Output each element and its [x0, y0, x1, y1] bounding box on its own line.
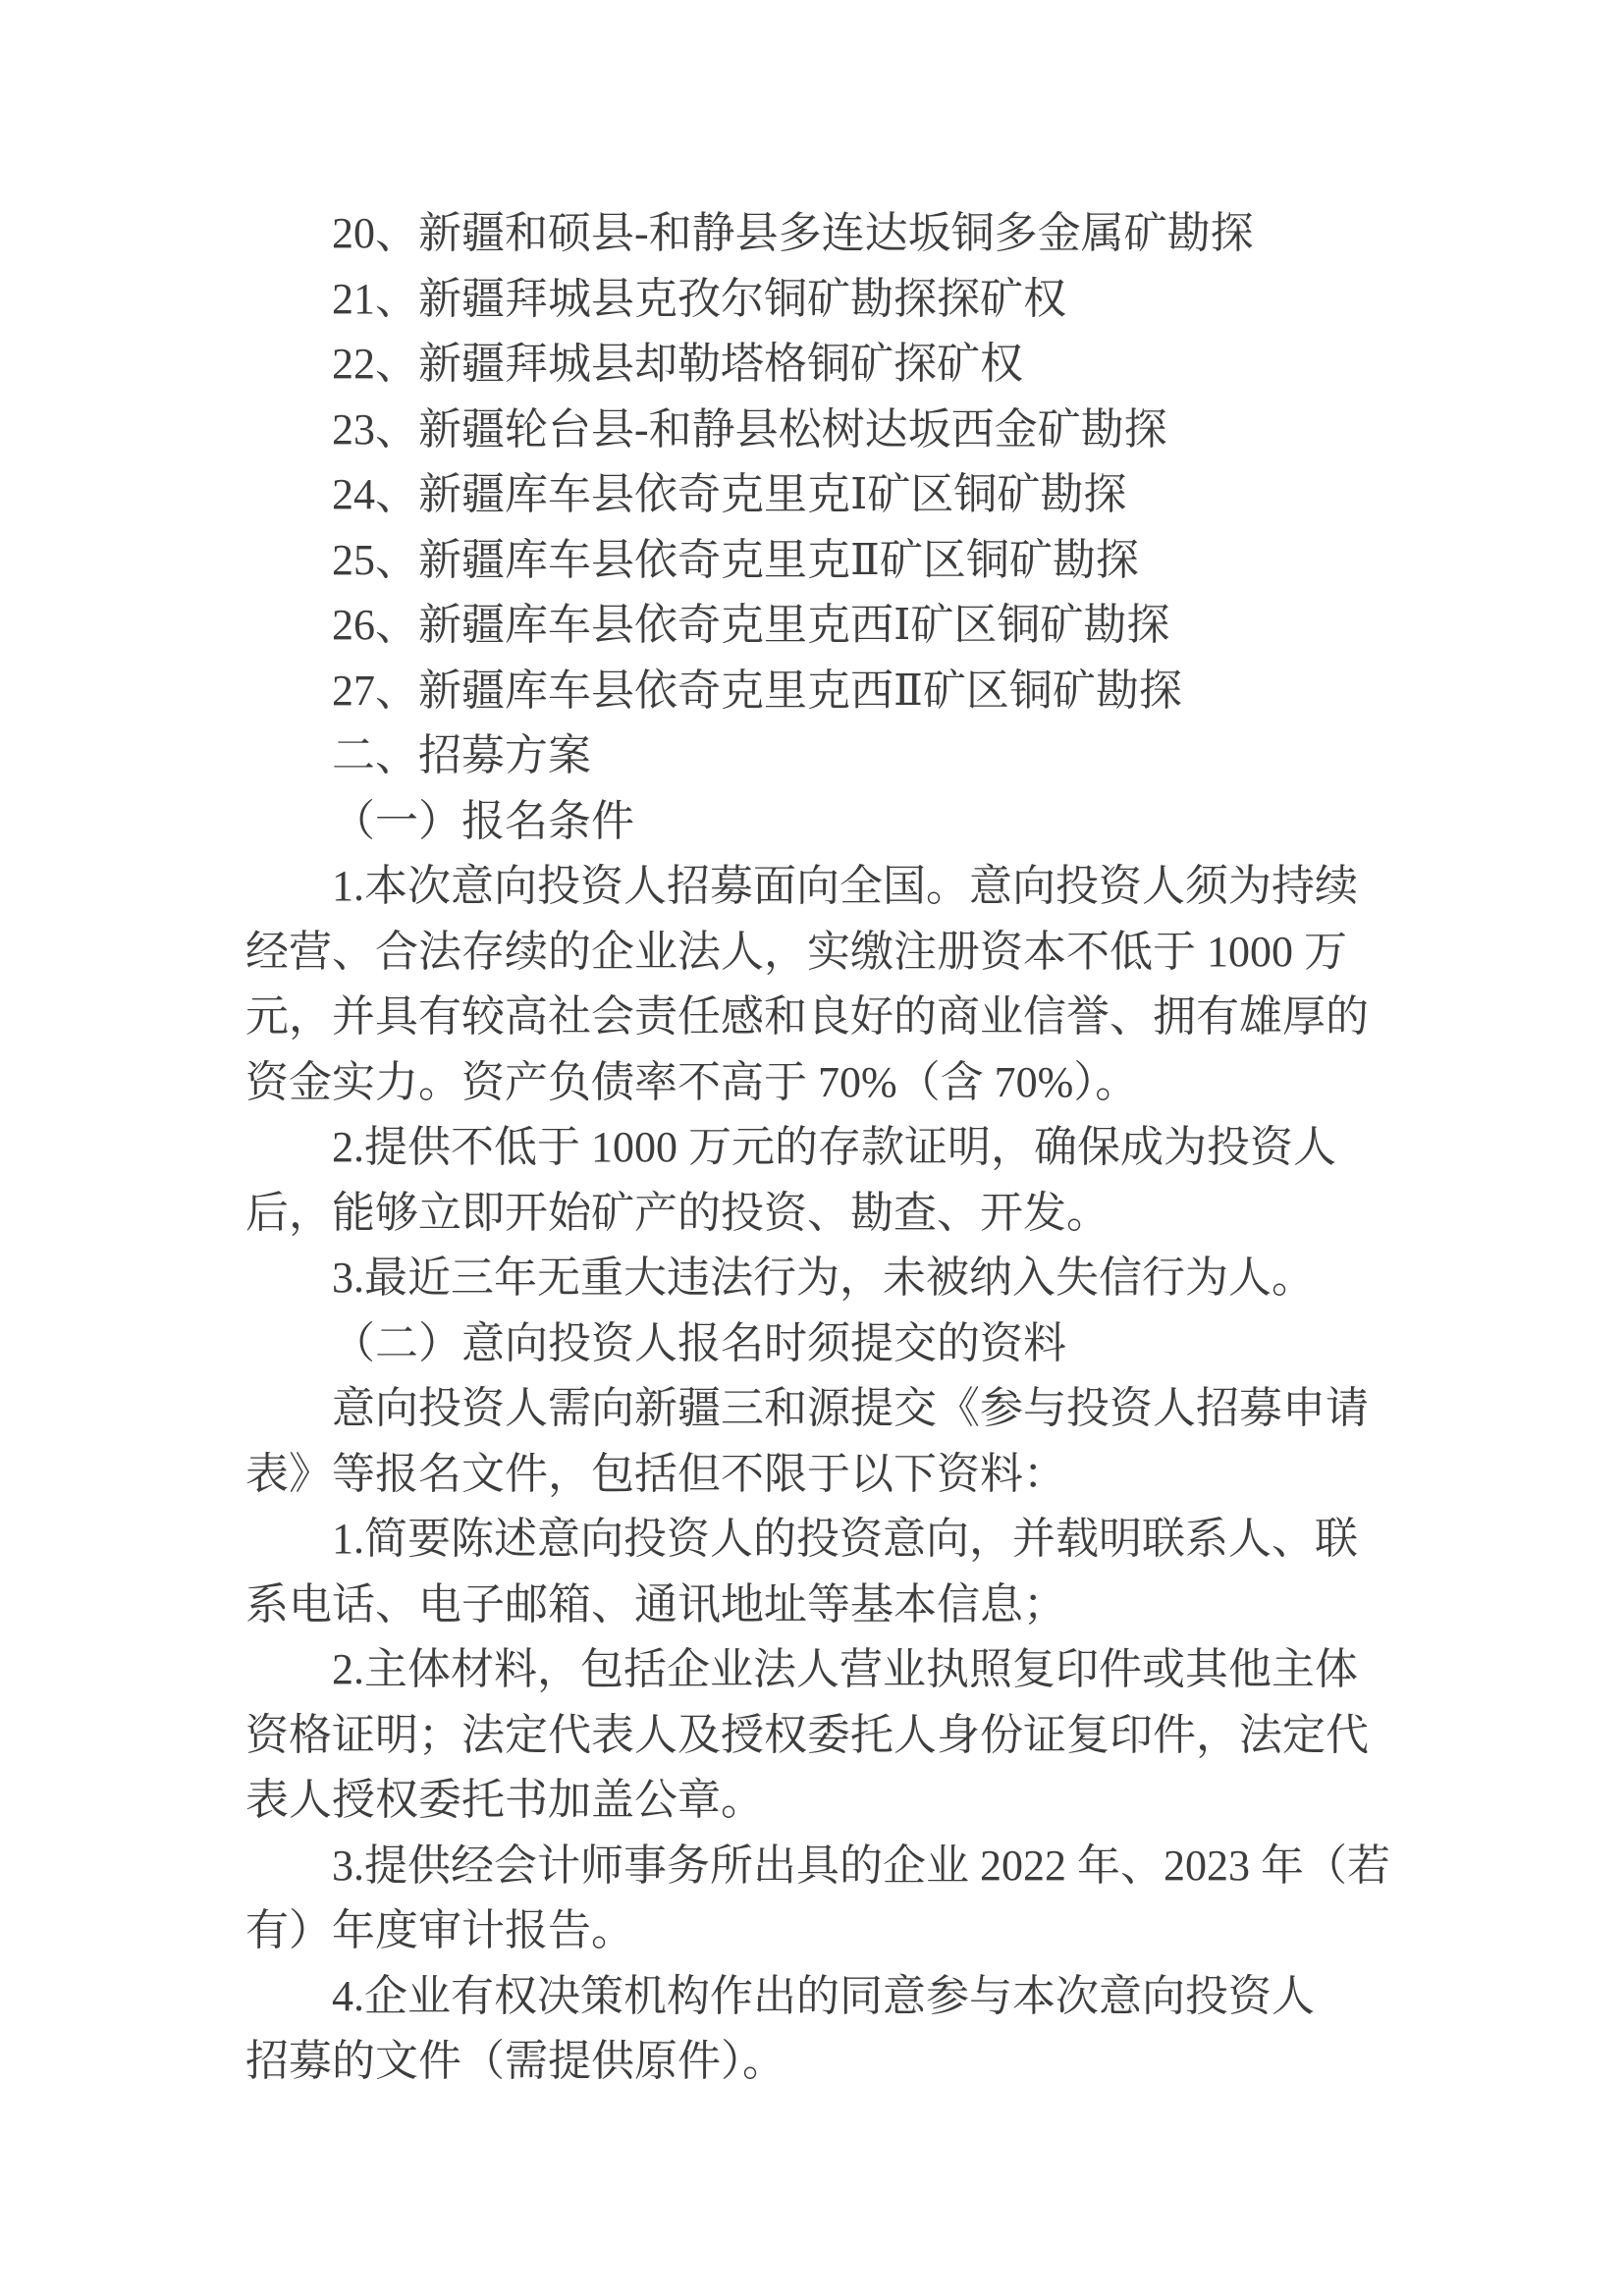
text-line: （一）报名条件 — [245, 789, 1384, 855]
text-line: （二）意向投资人报名时须提交的资料 — [245, 1311, 1384, 1377]
text-line: 20、新疆和硕县-和静县多连达坂铜多金属矿勘探 — [245, 201, 1384, 267]
text-line: 3.提供经会计师事务所出具的企业 2022 年、2023 年（若 — [245, 1834, 1384, 1899]
text-line: 表人授权委托书加盖公章。 — [245, 1768, 1384, 1834]
text-line: 资金实力。资产负债率不高于 70%（含 70%）。 — [245, 1050, 1384, 1116]
text-line: 后，能够立即开始矿产的投资、勘查、开发。 — [245, 1181, 1384, 1247]
document-page: 20、新疆和硕县-和静县多连达坂铜多金属矿勘探21、新疆拜城县克孜尔铜矿勘探探矿… — [0, 0, 1624, 2296]
text-line: 4.企业有权决策机构作出的同意参与本次意向投资人 — [245, 1964, 1384, 2030]
text-line: 26、新疆库车县依奇克里克西Ⅰ矿区铜矿勘探 — [245, 593, 1384, 659]
text-line: 3.最近三年无重大违法行为，未被纳入失信行为人。 — [245, 1246, 1384, 1311]
text-line: 2.提供不低于 1000 万元的存款证明，确保成为投资人 — [245, 1115, 1384, 1181]
text-line: 22、新疆拜城县却勒塔格铜矿探矿权 — [245, 332, 1384, 398]
document-text-block: 20、新疆和硕县-和静县多连达坂铜多金属矿勘探21、新疆拜城县克孜尔铜矿勘探探矿… — [245, 201, 1384, 2095]
text-line: 27、新疆库车县依奇克里克西Ⅱ矿区铜矿勘探 — [245, 659, 1384, 724]
text-line: 2.主体材料，包括企业法人营业执照复印件或其他主体 — [245, 1637, 1384, 1703]
text-line: 经营、合法存续的企业法人，实缴注册资本不低于 1000 万 — [245, 920, 1384, 986]
text-line: 资格证明；法定代表人及授权委托人身份证复印件，法定代 — [245, 1703, 1384, 1769]
text-line: 意向投资人需向新疆三和源提交《参与投资人招募申请 — [245, 1376, 1384, 1442]
text-line: 21、新疆拜城县克孜尔铜矿勘探探矿权 — [245, 267, 1384, 333]
text-line: 25、新疆库车县依奇克里克Ⅱ矿区铜矿勘探 — [245, 528, 1384, 594]
text-line: 二、招募方案 — [245, 723, 1384, 789]
text-line: 招募的文件（需提供原件）。 — [245, 2029, 1384, 2095]
text-line: 1.本次意向投资人招募面向全国。意向投资人须为持续 — [245, 854, 1384, 920]
text-line: 表》等报名文件，包括但不限于以下资料： — [245, 1442, 1384, 1508]
text-line: 元，并具有较高社会责任感和良好的商业信誉、拥有雄厚的 — [245, 985, 1384, 1050]
text-line: 1.简要陈述意向投资人的投资意向，并载明联系人、联 — [245, 1507, 1384, 1573]
text-line: 23、新疆轮台县-和静县松树达坂西金矿勘探 — [245, 398, 1384, 463]
text-line: 系电话、电子邮箱、通讯地址等基本信息； — [245, 1573, 1384, 1638]
text-line: 有）年度审计报告。 — [245, 1898, 1384, 1964]
text-line: 24、新疆库车县依奇克里克Ⅰ矿区铜矿勘探 — [245, 462, 1384, 528]
